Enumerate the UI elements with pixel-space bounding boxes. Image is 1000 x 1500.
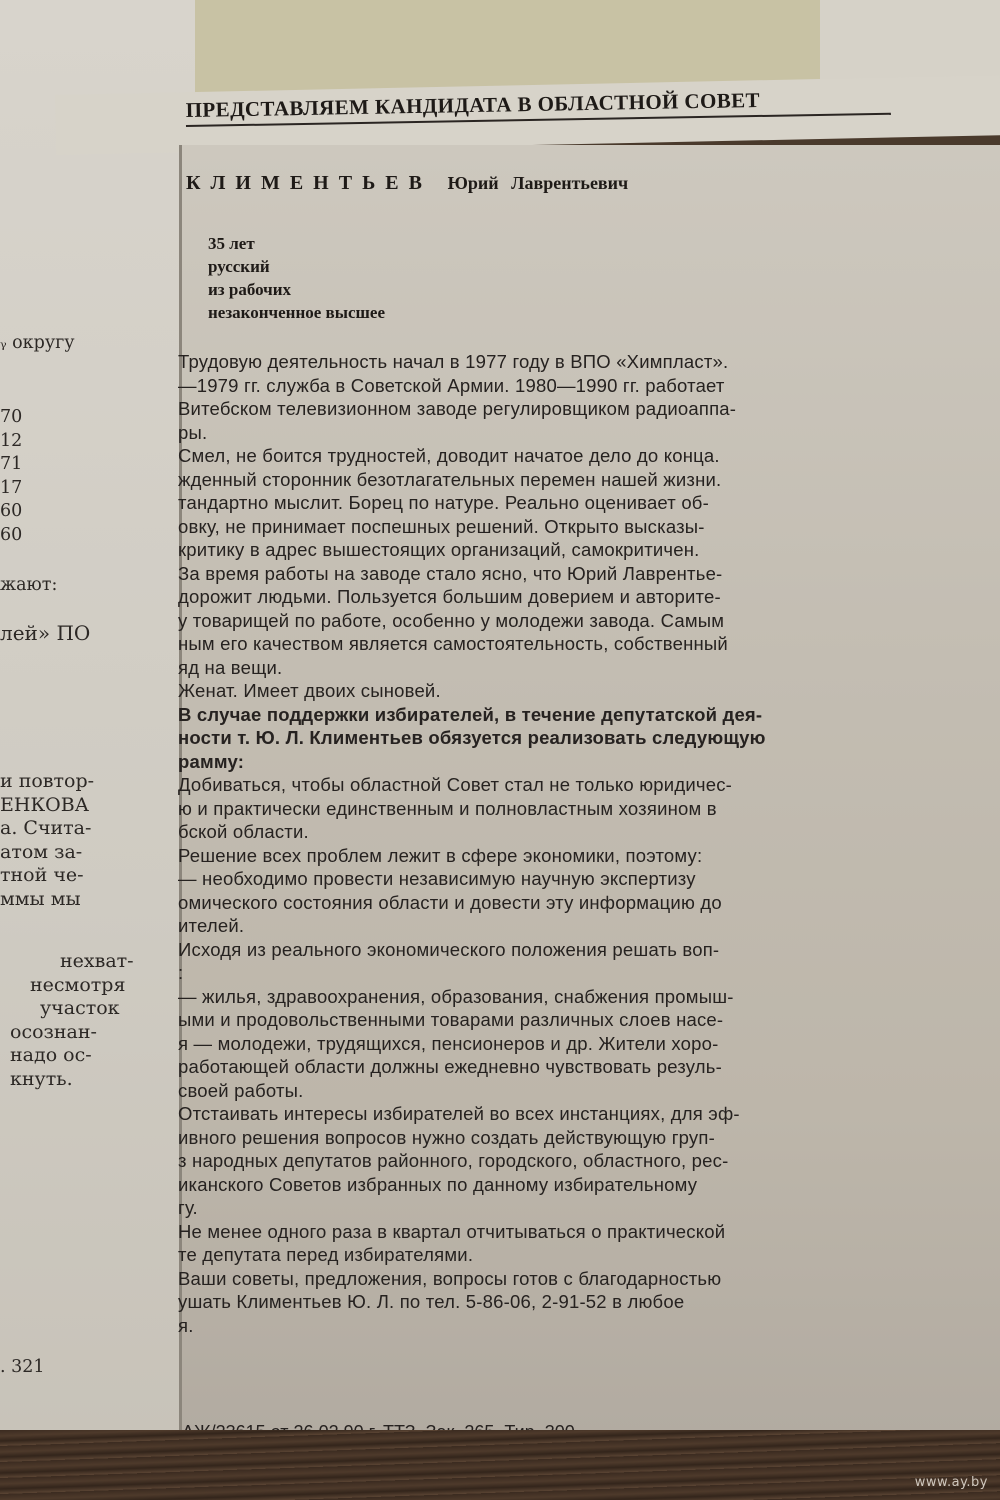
body-line: ыми и продовольственными товарами различ… — [178, 1008, 908, 1032]
body-line: В случае поддержки избирателей, в течени… — [178, 703, 908, 727]
body-line: Трудовую деятельность начал в 1977 году … — [178, 350, 908, 374]
left-line: надо ос- — [10, 1044, 134, 1068]
body-line: дорожит людьми. Пользуется большим довер… — [178, 585, 908, 609]
body-line: бской области. — [178, 820, 908, 844]
left-sheet-header-fragment: ᵧ округу — [0, 332, 75, 356]
body-line: у товарищей по работе, особенно у молоде… — [178, 609, 908, 633]
left-number: 71 — [0, 453, 22, 477]
candidate-facts: 35 лет русский из рабочих незаконченное … — [208, 232, 385, 324]
body-line: своей работы. — [178, 1079, 908, 1103]
fact-age: 35 лет — [208, 232, 385, 255]
left-number: 17 — [0, 477, 22, 501]
body-line: критику в адрес вышестоящих организаций,… — [178, 538, 908, 562]
body-line: Добиваться, чтобы областной Совет стал н… — [178, 773, 908, 797]
body-line: овку, не принимает поспешных решений. От… — [178, 515, 908, 539]
fact-education: незаконченное высшее — [208, 301, 385, 324]
body-line: яд на вещи. — [178, 656, 908, 680]
candidate-surname: КЛИМЕНТЬЕВ — [186, 172, 432, 194]
left-line: ммы мы — [0, 888, 94, 912]
body-line: Смел, не боится трудностей, доводит нача… — [178, 444, 908, 468]
left-line: а. Счита- — [0, 817, 94, 841]
body-line: жденный сторонник безотлагательных перем… — [178, 468, 908, 492]
left-sheet-page-reference: . 321 — [0, 1356, 45, 1380]
candidate-name: КЛИМЕНТЬЕВ Юрий Лаврентьевич — [186, 172, 628, 195]
body-line: — жилья, здравоохранения, образования, с… — [178, 985, 908, 1009]
body-line: ности т. Ю. Л. Климентьев обязуется реал… — [178, 726, 908, 750]
body-line: иканского Советов избранных по данному и… — [178, 1173, 908, 1197]
left-line: участок — [10, 997, 134, 1021]
body-line: Решение всех проблем лежит в сфере эконо… — [178, 844, 908, 868]
body-line: я — молодежи, трудящихся, пенсионеров и … — [178, 1032, 908, 1056]
body-line: Не менее одного раза в квартал отчитыват… — [178, 1220, 908, 1244]
left-line: осознан- — [10, 1021, 134, 1045]
candidate-given-names: Юрий Лаврентьевич — [448, 173, 629, 193]
left-number: 70 — [0, 406, 22, 430]
left-line: несмотря — [10, 974, 134, 998]
body-line: те депутата перед избирателями. — [178, 1243, 908, 1267]
left-line: ЕНКОВА — [0, 794, 94, 818]
left-sheet-paragraph-2: нехват- несмотря участок осознан- надо о… — [10, 950, 134, 1091]
body-line: Витебском телевизионном заводе регулиров… — [178, 397, 908, 421]
body-line: ителей. — [178, 914, 908, 938]
body-line: —1979 гг. служба в Советской Армии. 1980… — [178, 374, 908, 398]
left-sheet-fragment: лей» ПО — [0, 622, 90, 646]
body-line: тандартно мыслит. Борец по натуре. Реаль… — [178, 491, 908, 515]
left-overlapping-sheet: ᵧ округу 70 12 71 17 60 60 жают: лей» ПО… — [0, 0, 195, 1500]
body-line: Исходя из реального экономического полож… — [178, 938, 908, 962]
body-line: ушать Климентьев Ю. Л. по тел. 5-86-06, … — [178, 1290, 908, 1314]
left-line: тной че- — [0, 864, 94, 888]
body-line: Отстаивать интересы избирателей во всех … — [178, 1102, 908, 1126]
candidate-biography-text: Трудовую деятельность начал в 1977 году … — [178, 350, 908, 1337]
body-line: з народных депутатов районного, городско… — [178, 1149, 908, 1173]
left-number: 12 — [0, 430, 22, 454]
body-line: омического состояния области и довести э… — [178, 891, 908, 915]
fact-origin: из рабочих — [208, 278, 385, 301]
left-sheet-fragment: жают: — [0, 574, 57, 598]
wooden-table-surface — [0, 1430, 1000, 1500]
left-number: 60 — [0, 500, 22, 524]
body-line: — необходимо провести независимую научну… — [178, 867, 908, 891]
body-line: ры. — [178, 421, 908, 445]
body-line: Женат. Имеет двоих сыновей. — [178, 679, 908, 703]
body-line: : — [178, 961, 908, 985]
body-line: ным его качеством является самостоятельн… — [178, 632, 908, 656]
watermark: www.ay.by — [915, 1475, 988, 1490]
body-line: Ваши советы, предложения, вопросы готов … — [178, 1267, 908, 1291]
body-line: ивного решения вопросов нужно создать де… — [178, 1126, 908, 1150]
body-line: гу. — [178, 1196, 908, 1220]
body-line: работающей области должны ежедневно чувс… — [178, 1055, 908, 1079]
left-line: нехват- — [10, 950, 134, 974]
left-sheet-paragraph: и повтор- ЕНКОВА а. Счита- атом за- тной… — [0, 770, 94, 911]
body-line: ю и практически единственным и полновлас… — [178, 797, 908, 821]
body-line: рамму: — [178, 750, 908, 774]
left-line: и повтор- — [0, 770, 94, 794]
left-number: 60 — [0, 524, 22, 548]
body-line: За время работы на заводе стало ясно, чт… — [178, 562, 908, 586]
left-line: кнуть. — [10, 1068, 134, 1092]
left-sheet-number-list: 70 12 71 17 60 60 — [0, 406, 22, 547]
fact-nationality: русский — [208, 255, 385, 278]
left-line: атом за- — [0, 841, 94, 865]
body-line: я. — [178, 1314, 908, 1338]
